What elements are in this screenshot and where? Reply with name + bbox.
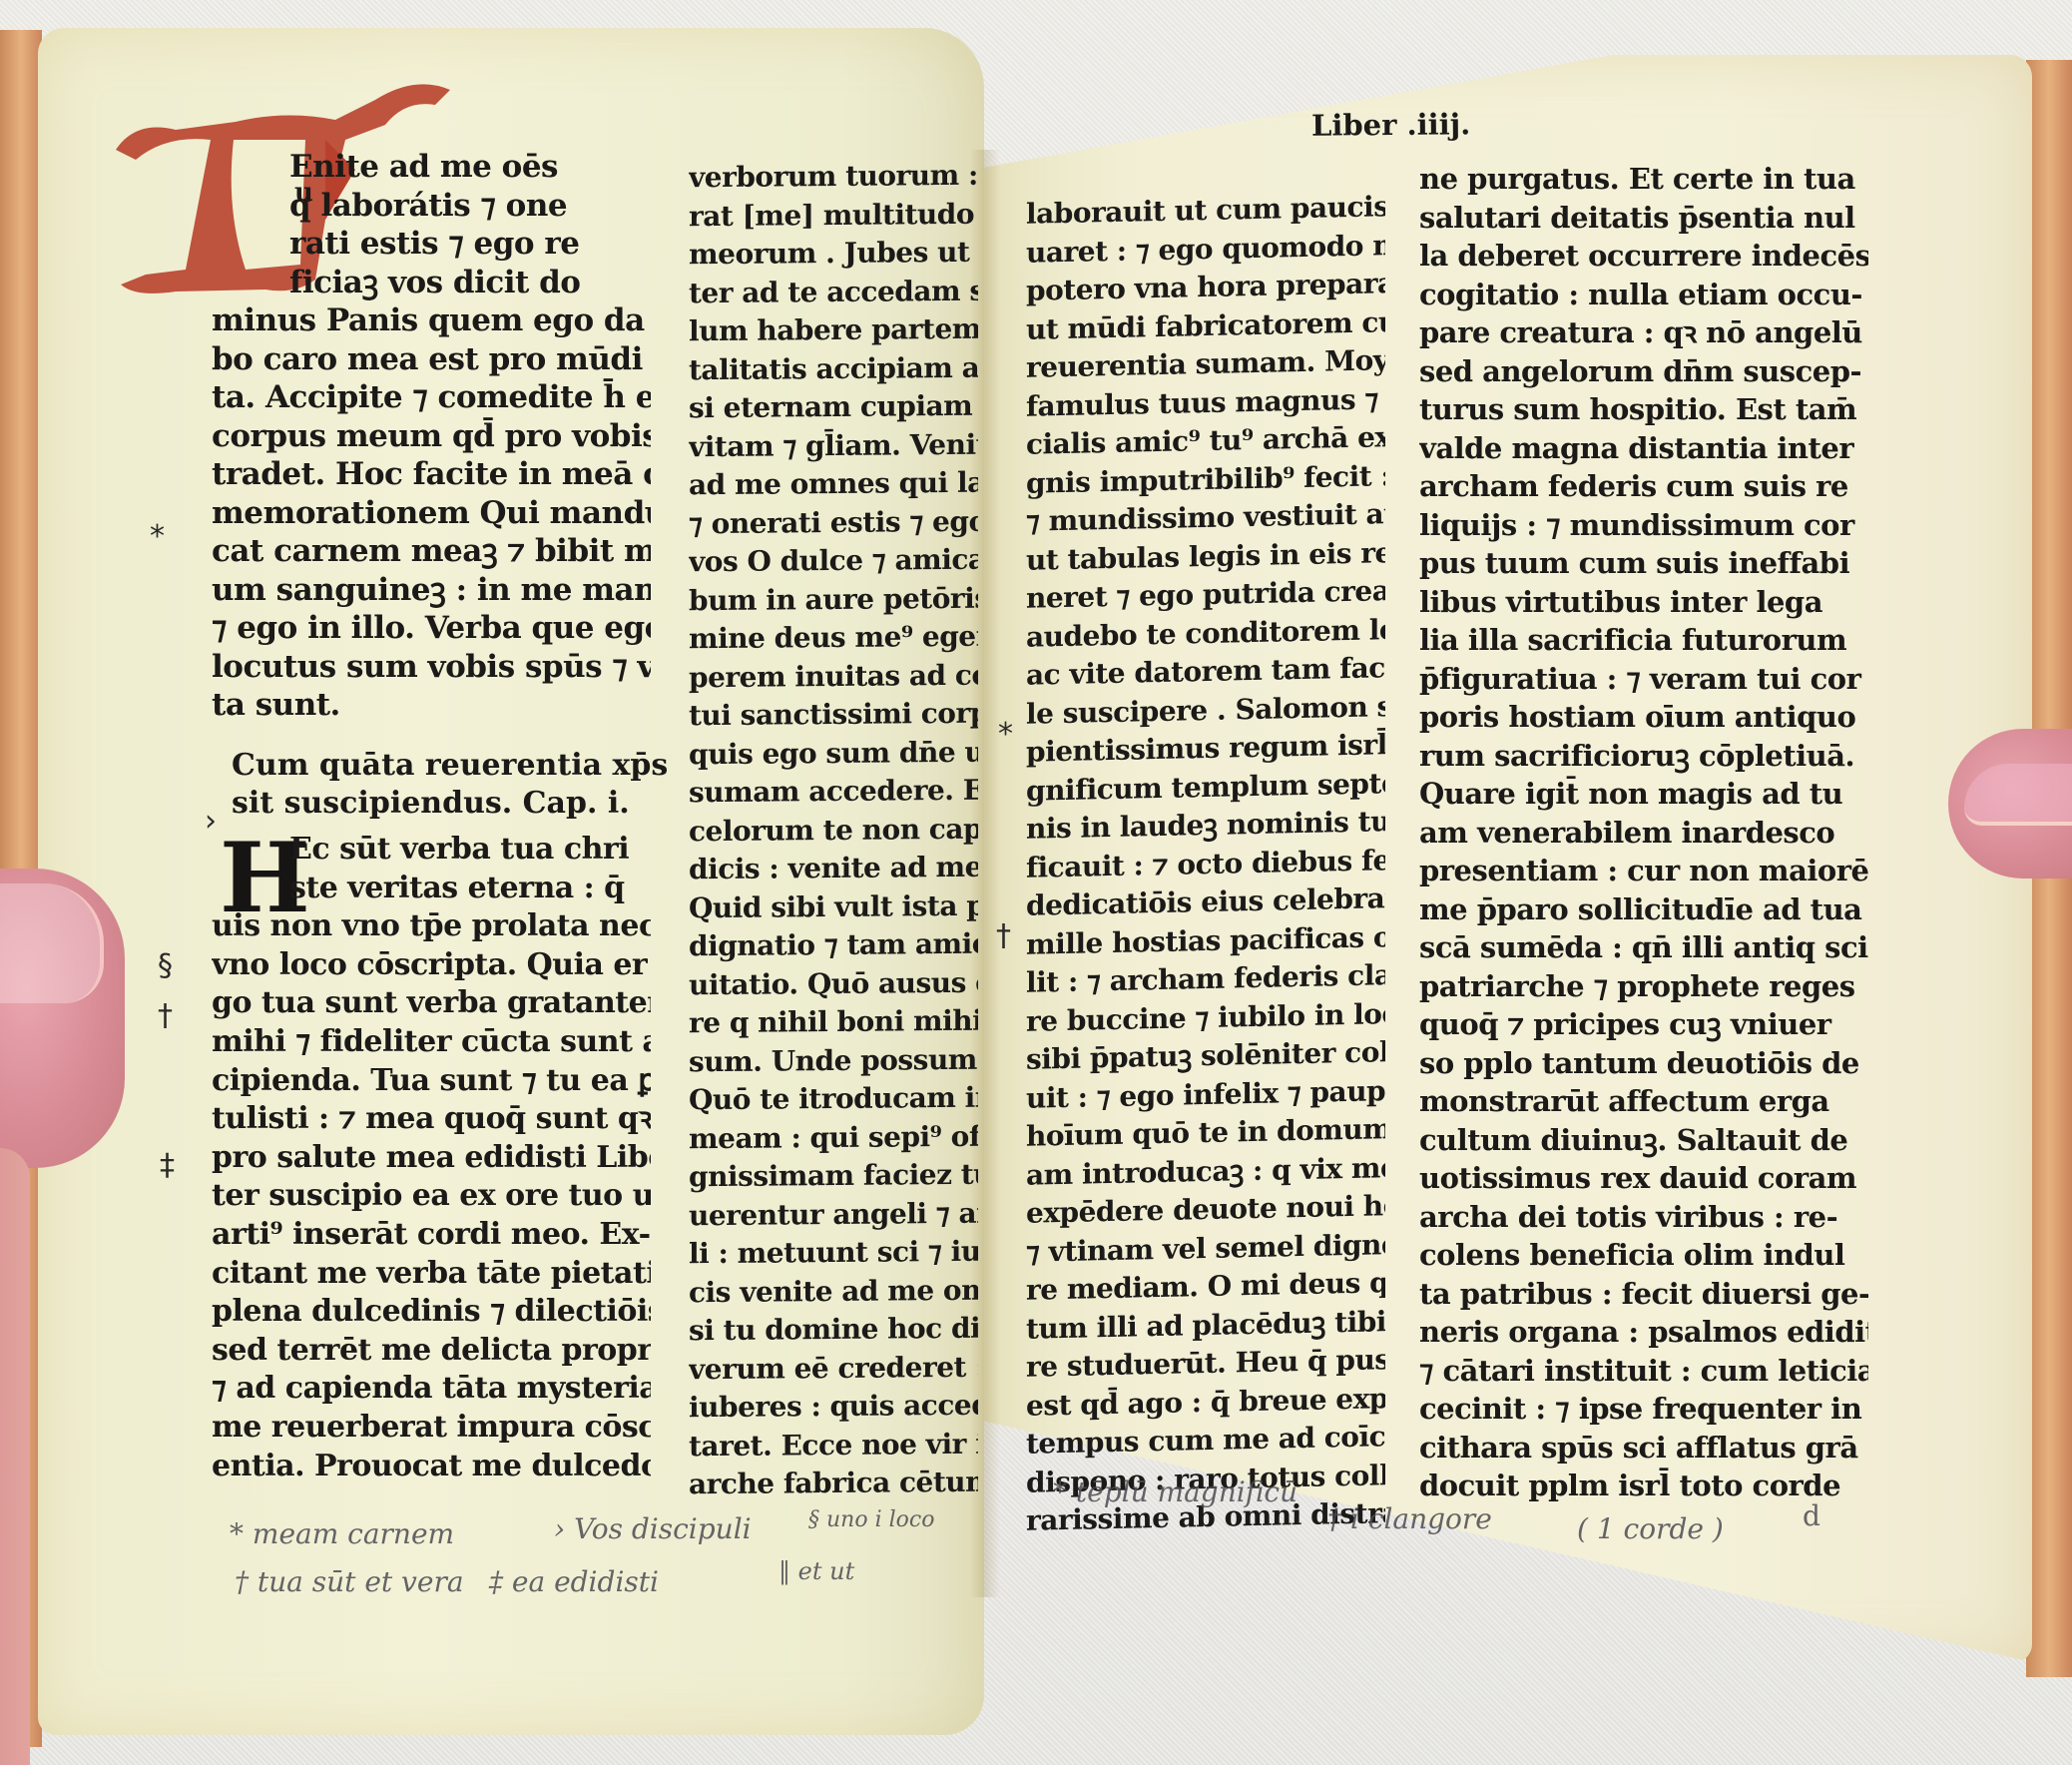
text-line: rum sacrificioruꝫ cōpletiuā. (1419, 737, 1868, 776)
text-line: ⁊ cātari instituit : cum leticia (1419, 1352, 1868, 1391)
text-line: valde magna distantia inter (1419, 429, 1868, 468)
chapter-heading-line: Cum quāta reuerentia xp̄s (232, 747, 671, 785)
text-line: Ec sūt verba tua chri (212, 831, 651, 870)
text-line: re q nihil boni mihi consci (689, 1002, 978, 1043)
text-line: ne purgatus. Et certe in tua (1419, 160, 1868, 199)
pencil-annotation: d (1803, 1499, 1820, 1532)
text-line: celorum te non capiunt : ⁊ tu (689, 810, 978, 851)
text-line: gnissimam faciez tuam. Re (689, 1156, 978, 1197)
text-line: um sanguineꝫ : in me manet (212, 571, 651, 610)
text-line: quis ego sum dn̄e ut ad te p (689, 733, 978, 774)
left-column-1-opening: Enite ad me oēs q laborátis ⁊ one rati e… (212, 148, 651, 725)
text-line: ficiaꝫ vos dicit do (212, 264, 651, 302)
text-line: cis venite ad me omnes. N (689, 1271, 978, 1312)
text-line: bo caro mea est pro mūdi vi (212, 340, 651, 379)
text-line: sum. Unde possum p̄sumere (689, 1040, 978, 1081)
chapter-heading-line: sit suscipiendus. Cap. i. (232, 785, 671, 823)
text-line: ta sunt. (212, 686, 651, 725)
pencil-annotation: § uno i loco (808, 1507, 934, 1532)
text-line: cultum diuinuꝫ. Saltauit de (1419, 1121, 1868, 1160)
text-line: arti⁹ inserāt cordi meo. Ex- (212, 1216, 651, 1255)
text-line: tradet. Hoc facite in meā cō (212, 455, 651, 494)
text-line: minus Panis quem ego da (212, 301, 651, 340)
text-line: patriarche ⁊ prophete reges (1419, 967, 1868, 1006)
text-line: perem inuitas ad commun (689, 656, 978, 697)
text-line: ter ad te accedam si tecum (689, 272, 978, 312)
text-line: cogitatio : nulla etiam occu- (1419, 276, 1868, 314)
text-line: p̄figuratiua : ⁊ veram tui cor (1419, 660, 1868, 699)
left-column-1-chapter: Ec sūt verba tua chri ste veritas eterna… (212, 831, 651, 1485)
text-line: docuit pplm isrl̄ toto corde (1419, 1467, 1868, 1505)
text-line: rat [me] multitudo vicioꝝ (689, 195, 978, 236)
text-line: poris hostiam oīum antiquo (1419, 698, 1868, 737)
text-line: Enite ad me oēs (212, 148, 651, 187)
text-line: ⁊ onerati estis ⁊ ego reficia (689, 502, 978, 543)
pencil-annotation: * meam carnem (230, 1517, 454, 1550)
text-line: si eternam cupiam obtine (689, 387, 978, 428)
text-line: pus tuum cum suis ineffabi (1419, 544, 1868, 583)
text-line: meam : qui sepi⁹ offendi be (689, 1117, 978, 1158)
text-line: ad me omnes qui laboratis (689, 464, 978, 505)
text-line: cecinit : ⁊ ipse frequenter in (1419, 1390, 1868, 1429)
text-line: neris organa : psalmos edidit (1419, 1313, 1868, 1352)
text-line: vitam ⁊ gl̄iam. Venite in (689, 425, 978, 466)
right-thumbnail (1964, 764, 2072, 826)
text-line: uerentur angeli ⁊ archāg (689, 1194, 978, 1235)
text-line: ter suscipio ea ex ore tuo ut (212, 1177, 651, 1216)
text-line: dignatio ⁊ tam amicabilis (689, 925, 978, 966)
left-hand (0, 1148, 30, 1765)
text-line: cat carnem meaꝫ ⁊ bibit me (212, 532, 651, 571)
asterisk-mark-icon: * (998, 717, 1013, 752)
chapter-heading: Cum quāta reuerentia xp̄s sit suscipiend… (232, 747, 671, 823)
pencil-annotation: † i clangore (1327, 1502, 1492, 1535)
text-line: Quare igit̄ non magis ad tu (1419, 775, 1868, 814)
pencil-annotation: † tua sūt et vera (235, 1565, 464, 1598)
text-line: ⁊ ego in illo. Verba que ego (212, 609, 651, 648)
chevron-mark-icon: › (205, 804, 217, 839)
text-line: archa dei totis viribus : re- (1419, 1198, 1868, 1237)
text-line: me reuerberat impura cōsci (212, 1409, 651, 1448)
text-line: ste veritas eterna : q̄ (212, 870, 651, 908)
text-line: q laborátis ⁊ one (212, 187, 651, 226)
text-line: citant me verba tāte pietatis (212, 1255, 651, 1294)
text-line: ta patribus : fecit diuersi ge- (1419, 1275, 1868, 1314)
pencil-annotation: ‖ et ut (778, 1557, 854, 1585)
text-line: ⁊ ad capienda tāta mysteria (212, 1370, 651, 1409)
pencil-annotation: ( 1 corde ) (1577, 1512, 1724, 1545)
text-line: libus virtutibus inter lega (1419, 583, 1868, 622)
text-line: pare creatura : qꝛ nō angelū (1419, 313, 1868, 352)
dagger-mark-icon: † (158, 998, 173, 1033)
text-line: uis non vno tp̄e prolata nec (212, 907, 651, 946)
text-line: locutus sum vobis spūs ⁊ vi (212, 648, 651, 687)
text-line: bum in aure petōris : qui tu (689, 579, 978, 620)
text-line: si tu domine hoc diceres q (689, 1310, 978, 1351)
text-line: lum habere partem : ut im (689, 310, 978, 351)
text-line: vno loco cōscripta. Quia er (212, 946, 651, 985)
running-head: Liber .iiij. (1311, 107, 1471, 142)
text-line: arche fabrica cētum ann (689, 1464, 978, 1504)
text-line: verum eē crederet : ⁊ nisi (689, 1348, 978, 1389)
text-line: am venerabilem inardesco (1419, 814, 1868, 853)
text-line: liquijs : ⁊ mundissimum cor (1419, 506, 1868, 545)
text-line: talitatis accipiam alimon (689, 348, 978, 389)
text-line: uitatio. Quō ausus ero ven (689, 963, 978, 1004)
text-line: corpus meum qd̄ pro vobis (212, 417, 651, 456)
text-line: colens beneficia olim indul (1419, 1236, 1868, 1275)
text-line: Quō te itroducam in domu (689, 1079, 978, 1120)
text-line: me p̄paro sollicitudīe ad tua (1419, 890, 1868, 929)
left-column-2: verborum tuorum : sed on rat [me] multit… (689, 157, 978, 1504)
pencil-annotation: › Vos discipuli (554, 1512, 752, 1545)
text-line: sumam accedere. Ecce ce (689, 772, 978, 813)
text-line: monstrarūt affectum erga (1419, 1082, 1868, 1121)
text-line: lia illa sacrificia futurorum (1419, 621, 1868, 660)
text-line: ta. Accipite ⁊ comedite h̄ est (212, 378, 651, 417)
text-line: cipienda. Tua sunt ⁊ tu ea ꝑ (212, 1062, 651, 1101)
text-line: dicis : venite ad me omnes. (689, 849, 978, 889)
right-column-1: laborauit ut cum paucis sal uaret : ⁊ eg… (1026, 188, 1385, 1540)
right-column-2: ne purgatus. Et certe in tua salutari de… (1419, 160, 1868, 1505)
text-line: iuberes : quis accedere ten (689, 1387, 978, 1428)
text-line: quoq̄ ⁊ pricipes cuꝫ vniuer (1419, 1005, 1868, 1044)
text-line: mihi ⁊ fideliter cūcta sunt ac (212, 1023, 651, 1062)
asterisk-mark-icon: * (150, 519, 165, 554)
text-line: sed terrēt me delicta propria (212, 1332, 651, 1371)
text-line: rati estis ⁊ ego re (212, 225, 651, 264)
text-line: plena dulcedinis ⁊ dilectiōis (212, 1293, 651, 1332)
text-line: salutari deitatis p̄sentia nul (1419, 199, 1868, 238)
text-line: go tua sunt verba gratanter (212, 984, 651, 1023)
text-line: so pplo tantum deuotiōis de (1419, 1044, 1868, 1083)
double-dagger-mark-icon: ‡ (160, 1148, 175, 1183)
text-line: la deberet occurrere indecēs (1419, 237, 1868, 276)
text-line: turus sum hospitio. Est tam̄ (1419, 390, 1868, 429)
text-line: uotissimus rex dauid coram (1419, 1159, 1868, 1198)
text-line: memorationem Qui mandu (212, 494, 651, 533)
text-line: presentiam : cur non maiorē (1419, 852, 1868, 890)
text-line: mine deus me⁹ egenū ⁊ pau (689, 618, 978, 659)
text-line: taret. Ecce noe vir iustus (689, 1425, 978, 1466)
text-line: vos O dulce ⁊ amicabile ue (689, 541, 978, 582)
section-mark-icon: § (158, 948, 173, 983)
text-line: tulisti : ⁊ mea quoq̄ sunt qꝛ (212, 1100, 651, 1139)
text-line: archam federis cum suis re (1419, 467, 1868, 506)
text-line: tui sanctissimi corporis. Se (689, 695, 978, 736)
pencil-annotation: * tēplū magnificū (1053, 1475, 1297, 1508)
text-line: cithara spūs sci afflatus grā (1419, 1429, 1868, 1468)
text-line: pro salute mea edidisti Libē (212, 1139, 651, 1178)
pencil-annotation: ‡ ea edidisti (489, 1565, 659, 1598)
text-line: Quid sibi vult ista piissima (689, 886, 978, 927)
text-line: verborum tuorum : sed on (689, 157, 978, 198)
dagger-mark-icon: † (996, 918, 1011, 953)
text-line: meorum . Jubes ut fiducia (689, 234, 978, 275)
text-line: sed angelorum dn̄m suscep- (1419, 352, 1868, 391)
text-line: scā sumēda : qn̄ illi antiq sci (1419, 928, 1868, 967)
text-line: li : metuunt sci ⁊ iusti : ⁊ tu (689, 1233, 978, 1274)
text-line: entia. Prouocat me dulcedo (212, 1448, 651, 1486)
